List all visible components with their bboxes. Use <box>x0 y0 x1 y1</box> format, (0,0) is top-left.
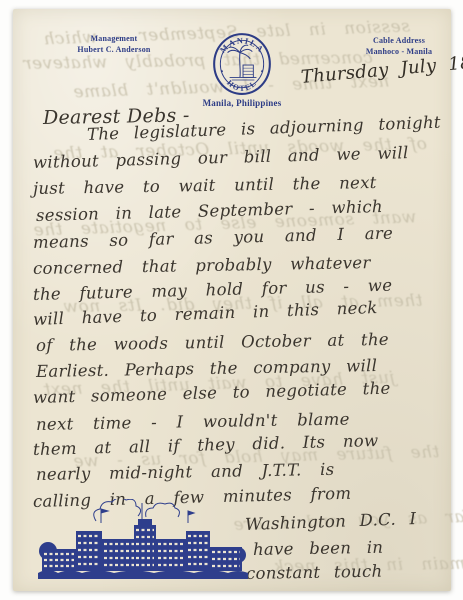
letter-line: without passing our bill and we will <box>33 143 409 172</box>
letterhead-management-block: Management Hubert C. Anderson <box>59 34 169 56</box>
manager-name: Hubert C. Anderson <box>59 45 169 56</box>
letter-line: constant touch <box>246 562 383 583</box>
letter-line: session in late September - which <box>36 197 383 225</box>
manila-hotel-logo-icon: MANILA HOTEL <box>209 31 275 97</box>
letter-line: nearly mid-night and J.T.T. is <box>36 460 335 484</box>
cable-address-label: Cable Address <box>343 36 455 47</box>
letter-line: concerned that probably whatever <box>33 253 371 278</box>
letter-line: have been in <box>253 538 384 559</box>
letter-line: Earliest. Perhaps the company will <box>36 356 378 381</box>
management-label: Management <box>59 34 169 45</box>
letter-line: Washington D.C. I <box>245 509 417 534</box>
letter-line: next time - I wouldn't blame <box>36 410 350 434</box>
logo-palm-scene <box>228 45 257 80</box>
letter-line: them at all if they did. Its now <box>33 431 379 459</box>
letter-line: just have to wait until the next <box>33 173 377 198</box>
letter-line: of the woods until October at the <box>36 330 389 355</box>
letter-line: means so far as you and I are <box>33 224 394 252</box>
hotel-building-illustration <box>38 499 248 585</box>
letter-line: want someone else to negotiate the <box>33 379 391 407</box>
letter-paper: session in late September - which concer… <box>13 9 451 591</box>
